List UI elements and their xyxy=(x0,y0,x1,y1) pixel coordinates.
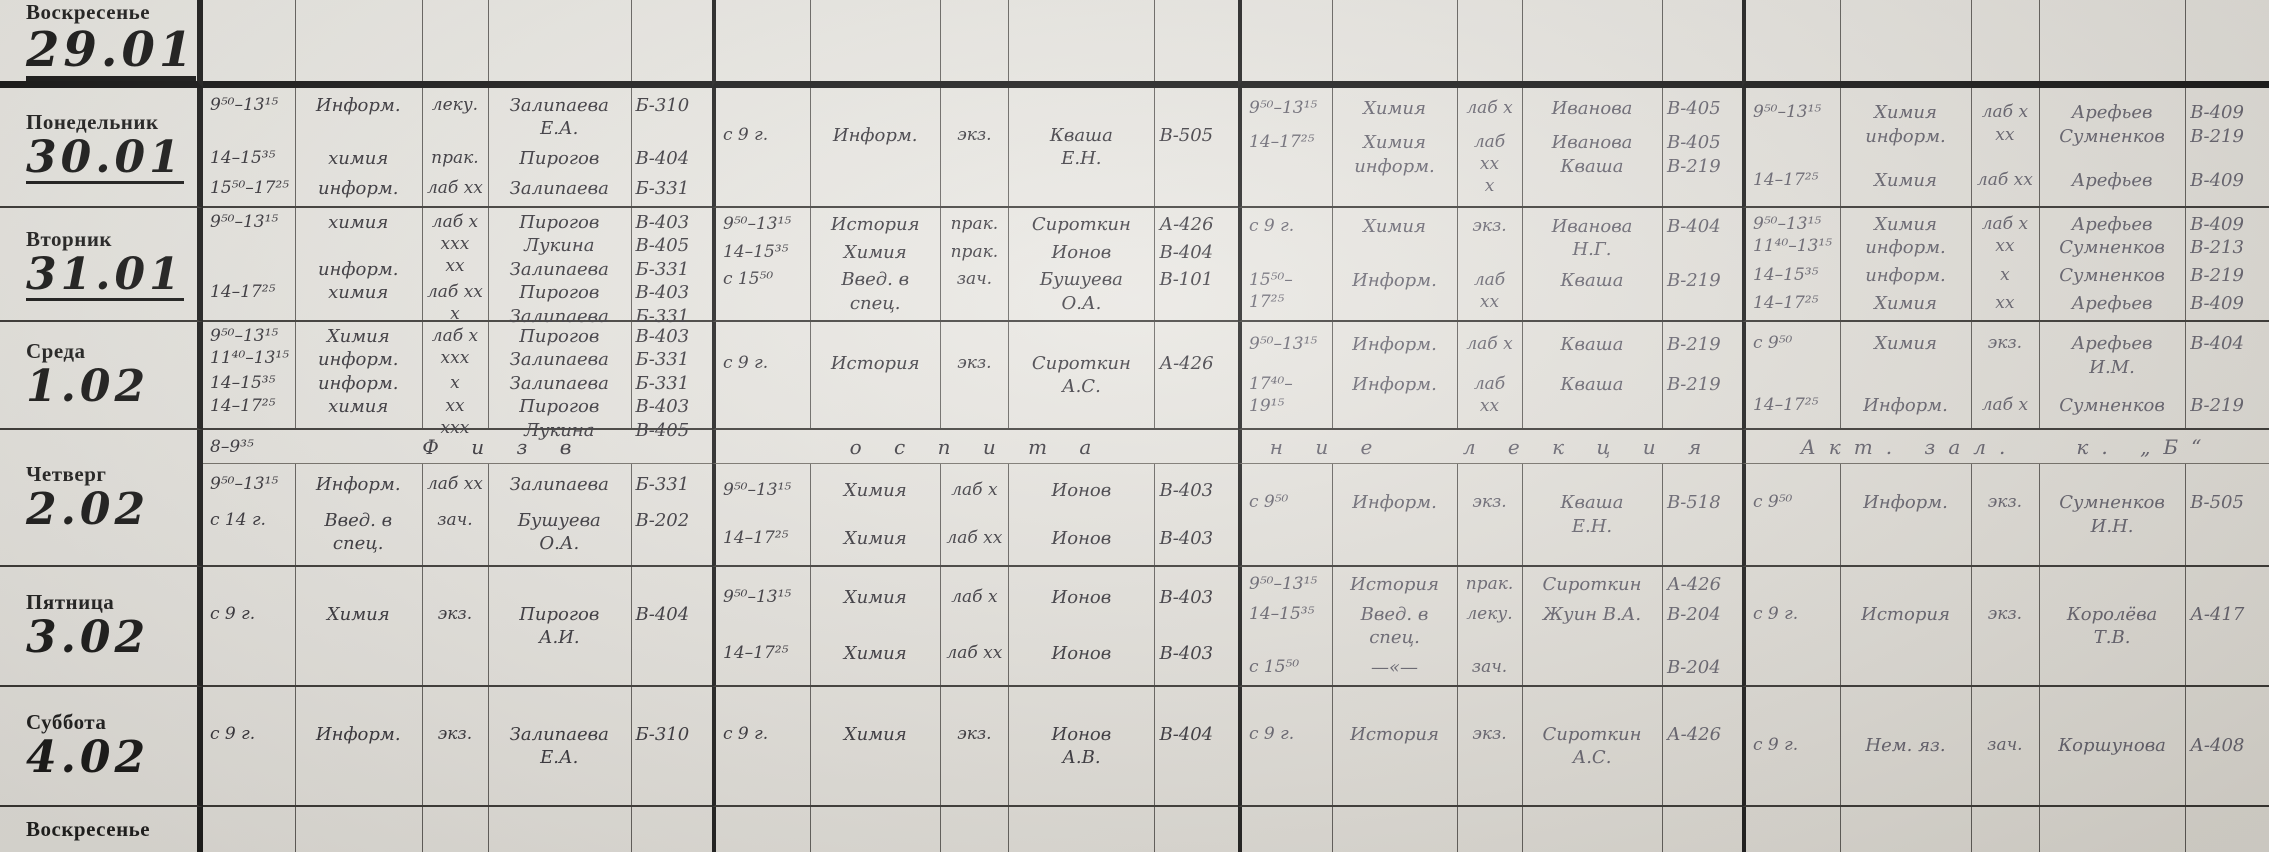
entry-time: 9⁵⁰–13¹⁵ xyxy=(203,473,295,495)
pe-span-text: о с п и т а xyxy=(716,435,1238,459)
day-cell: Среда1.02 xyxy=(0,322,203,430)
entry-type: зач. xyxy=(940,268,1008,290)
entry-room: В-219 xyxy=(2185,264,2269,287)
group-4-cell: с 9 г.Историяэкз.Королёва Т.В.А-417 xyxy=(1742,567,2269,687)
entry-room: В-518 xyxy=(1662,491,1742,514)
entry-subject: Информ. xyxy=(1840,491,1971,514)
entry-time: 9⁵⁰–13¹⁵ xyxy=(1242,573,1332,595)
schedule-entry: с 14 г.Введ. в спец.зач.Бушуева О.А.В-20… xyxy=(203,509,712,556)
group-3-cell: 9⁵⁰–13¹⁵Информ.лаб хКвашаВ-21917⁴⁰–19¹⁵И… xyxy=(1238,322,1742,430)
entry-time: 14–17²⁵ xyxy=(1746,394,1840,416)
schedule-entry: 14–17²⁵Химиялаб ххИоновВ-403 xyxy=(716,642,1238,665)
entry-type: лаб х хх xyxy=(1971,213,2039,257)
entry-time: 14–15³⁵ xyxy=(1746,264,1840,286)
entry-type: экз. xyxy=(1971,603,2039,625)
entry-type: экз. xyxy=(1457,491,1522,513)
entry-room: В-405 В-219 xyxy=(1662,131,1742,178)
entry-teacher: Иванова xyxy=(1522,97,1662,120)
entry-teacher: Пирогов Залипаева xyxy=(488,325,631,372)
entry-time: 9⁵⁰–13¹⁵ xyxy=(716,213,810,235)
entry-room: А-426 xyxy=(1662,573,1742,596)
entry-room: В-505 xyxy=(2185,491,2269,514)
entry-room: В-404 xyxy=(2185,332,2269,355)
schedule-entries: 9⁵⁰–13¹⁵ 11⁴⁰–13¹⁵Химия информ.лаб х ххА… xyxy=(1746,208,2269,320)
entry-time: 14–17²⁵ xyxy=(1746,292,1840,314)
schedule-entry: 14–17²⁵Химиялаб ххАрефьевВ-409 xyxy=(1746,169,2269,192)
schedule-entries xyxy=(203,807,712,852)
day-cell: Суббота4.02 xyxy=(0,687,203,807)
group-1-cell: 9⁵⁰–13¹⁵Информ.лаб ххЗалипаеваБ-331с 14 … xyxy=(203,464,712,567)
entry-subject: Информ. xyxy=(1332,373,1457,396)
entry-teacher: Кваша xyxy=(1522,269,1662,292)
entry-teacher: Арефьев И.М. xyxy=(2039,332,2185,379)
entry-type: зач. xyxy=(1971,734,2039,756)
entry-type: лаб х xyxy=(940,479,1008,501)
entry-subject: Информ. xyxy=(295,473,422,496)
entry-subject: Химия информ. xyxy=(295,325,422,372)
schedule-entries: 9⁵⁰–13¹⁵Химиялаб хИоновВ-40314–17²⁵Химия… xyxy=(716,567,1238,685)
day-cell: Четверг2.02 xyxy=(0,430,203,567)
schedule-entries: с 9 г.Химияэкз.Ионов А.В.В-404 xyxy=(716,687,1238,805)
entry-subject: информ. xyxy=(295,177,422,200)
entry-room: В-409 В-213 xyxy=(2185,213,2269,260)
entry-teacher: Сироткин xyxy=(1008,213,1154,236)
entry-type: лаб х xyxy=(1971,394,2039,416)
entry-type: лаб хх х xyxy=(422,281,488,325)
entry-time: 14–17²⁵ xyxy=(716,527,810,549)
entry-subject: История xyxy=(810,213,941,236)
group-2-cell: с 9 г.Историяэкз.Сироткин А.С.А-426 xyxy=(712,322,1238,430)
schedule-entry: 9⁵⁰–13¹⁵Информ.лаб хКвашаВ-219 xyxy=(1242,333,1742,356)
entry-subject: химия xyxy=(295,147,422,170)
schedule-entry: 9⁵⁰–13¹⁵Историяпрак.СироткинА-426 xyxy=(716,213,1238,236)
schedule-entry: 14–15³⁵информ.хЗалипаеваБ-331 xyxy=(203,372,712,395)
entry-time: 9⁵⁰–13¹⁵ xyxy=(203,211,295,233)
entry-subject: История xyxy=(810,352,941,375)
entry-type: лаб хх xyxy=(1457,269,1522,313)
entry-time: с 9 г. xyxy=(716,352,810,374)
schedule-entry: с 9 г.Нем. яз.зач.КоршуноваА-408 xyxy=(1746,734,2269,757)
day-cell: Понедельник30.01 xyxy=(0,88,203,208)
entry-time: 14–15³⁵ xyxy=(1242,603,1332,625)
schedule-entry: с 9 г.Информ.экз.Залипаева Е.А.Б-310 xyxy=(203,723,712,770)
entry-type: лаб хх х xyxy=(1457,131,1522,197)
entry-room: Б-310 xyxy=(631,723,712,746)
entry-subject: Химия xyxy=(295,603,422,626)
schedule-entries xyxy=(1242,807,1742,852)
entry-room: В-403 xyxy=(1154,479,1238,502)
schedule-entries xyxy=(1746,0,2269,81)
entry-time: с 9 г. xyxy=(1746,603,1840,625)
entry-time: с 9⁵⁰ xyxy=(1746,491,1840,513)
entry-teacher: Кваша xyxy=(1522,373,1662,396)
entry-type: леку. xyxy=(1457,603,1522,625)
entry-subject: Химия xyxy=(1840,292,1971,315)
entry-room: В-404 xyxy=(631,147,712,170)
entry-room: В-403 xyxy=(1154,527,1238,550)
entry-subject: История xyxy=(1332,573,1457,596)
entry-time: с 15⁵⁰ xyxy=(716,268,810,290)
entry-room: Б-331 xyxy=(631,372,712,395)
entry-time: 9⁵⁰–13¹⁵ 11⁴⁰–13¹⁵ xyxy=(1746,213,1840,257)
entry-subject: —«— xyxy=(1332,656,1457,679)
schedule-entry: 17⁴⁰–19¹⁵Информ.лаб ххКвашаВ-219 xyxy=(1242,373,1742,417)
entry-teacher: Залипаева xyxy=(488,372,631,395)
entry-subject: Информ. xyxy=(1332,491,1457,514)
entry-type: лаб х ххх xyxy=(422,325,488,369)
entry-type: лаб хх xyxy=(1971,169,2039,191)
schedule-entries xyxy=(203,0,712,81)
entry-room: В-219 xyxy=(2185,394,2269,417)
schedule-entry: 14–15³⁵информ.хСумненковВ-219 xyxy=(1746,264,2269,287)
schedule-entry: 14–17²⁵химиялаб хх хПирогов ЗалипаеваВ-4… xyxy=(203,281,712,328)
group-4-cell: 9⁵⁰–13¹⁵ 11⁴⁰–13¹⁵Химия информ.лаб х ххА… xyxy=(1742,208,2269,322)
entry-subject: химия xyxy=(295,395,422,418)
entry-teacher: Кваша xyxy=(1522,333,1662,356)
entry-type: хх xyxy=(1971,292,2039,314)
group-2-cell: с 9 г.Химияэкз.Ионов А.В.В-404 xyxy=(712,687,1238,807)
entry-type: лаб х ххх хх xyxy=(422,211,488,277)
schedule-entries xyxy=(716,807,1238,852)
schedule-entries: с 9 г.Информ.экз.Залипаева Е.А.Б-310 xyxy=(203,687,712,805)
entry-teacher: Кваша Е.Н. xyxy=(1522,491,1662,538)
entry-teacher: Жуин В.А. xyxy=(1522,603,1662,626)
entry-time: 14–17²⁵ xyxy=(203,281,295,303)
entry-type: х xyxy=(422,372,488,394)
entry-teacher: Арефьев xyxy=(2039,292,2185,315)
entry-time: 9⁵⁰–13¹⁵ xyxy=(1242,97,1332,119)
entry-time: 15⁵⁰–17²⁵ xyxy=(203,177,295,199)
schedule-entries: с 9⁵⁰Химияэкз.Арефьев И.М.В-40414–17²⁵Ин… xyxy=(1746,322,2269,428)
entry-type: экз. xyxy=(1457,723,1522,745)
group-1-cell: с 9 г.Химияэкз.Пирогов А.И.В-404 xyxy=(203,567,712,687)
day-date: 4.02 xyxy=(26,735,149,781)
schedule-entry: 15⁵⁰–17²⁵информ.лаб ххЗалипаеваБ-331 xyxy=(203,177,712,200)
entry-teacher: Залипаева xyxy=(488,177,631,200)
entry-room: В-409 В-219 xyxy=(2185,101,2269,148)
schedule-entry: 9⁵⁰–13¹⁵Химия информ.лаб х ххАрефьев Сум… xyxy=(1746,101,2269,148)
day-cell: Пятница3.02 xyxy=(0,567,203,687)
entry-subject: Химия xyxy=(810,479,941,502)
entry-room: В-403 xyxy=(1154,642,1238,665)
group-1-cell: с 9 г.Информ.экз.Залипаева Е.А.Б-310 xyxy=(203,687,712,807)
entry-type: лаб хх xyxy=(422,473,488,495)
entry-room: В-409 xyxy=(2185,292,2269,315)
entry-type: экз. xyxy=(422,603,488,625)
entry-type: лаб х xyxy=(1457,97,1522,119)
entry-teacher: Пирогов А.И. xyxy=(488,603,631,650)
entry-teacher: Ионов xyxy=(1008,586,1154,609)
entry-room: А-426 xyxy=(1662,723,1742,746)
group-4-cell: с 9⁵⁰Информ.экз.Сумненков И.Н.В-505 xyxy=(1742,464,2269,567)
entry-room: Б-310 xyxy=(631,94,712,117)
entry-subject: Введ. в спец. xyxy=(1332,603,1457,650)
entry-teacher: Бушуева О.А. xyxy=(1008,268,1154,315)
group-4-cell xyxy=(1742,807,2269,852)
entry-teacher: Ионов xyxy=(1008,642,1154,665)
entry-room: В-204 xyxy=(1662,603,1742,626)
day-cell: Вторник31.01 xyxy=(0,208,203,322)
entry-room: В-404 xyxy=(1662,215,1742,238)
entry-time: с 14 г. xyxy=(203,509,295,531)
schedule-entry: 14–17²⁵Химия информ.лаб хх хИванова Кваш… xyxy=(1242,131,1742,197)
group-3-cell: 9⁵⁰–13¹⁵Химиялаб хИвановаВ-40514–17²⁵Хим… xyxy=(1238,88,1742,208)
entry-teacher: Бушуева О.А. xyxy=(488,509,631,556)
entry-teacher: Ионов xyxy=(1008,527,1154,550)
group-1-cell: 9⁵⁰–13¹⁵ 11⁴⁰–13¹⁵Химия информ.лаб х ххх… xyxy=(203,322,712,430)
schedule-entry: с 9 г.Химияэкз.Ионов А.В.В-404 xyxy=(716,723,1238,770)
entry-time: с 9⁵⁰ xyxy=(1746,332,1840,354)
entry-time: с 9⁵⁰ xyxy=(1242,491,1332,513)
entry-subject: Нем. яз. xyxy=(1840,734,1971,757)
schedule-entry: 14–17²⁵Информ.лаб хСумненковВ-219 xyxy=(1746,394,2269,417)
entry-type: прак. xyxy=(422,147,488,169)
entry-type: экз. xyxy=(1971,332,2039,354)
entry-teacher: Ионов А.В. xyxy=(1008,723,1154,770)
schedule-entries: 9⁵⁰–13¹⁵Химия информ.лаб х ххАрефьев Сум… xyxy=(1746,88,2269,206)
schedule-entries: с 9 г.Химияэкз.Иванова Н.Г.В-40415⁵⁰–17²… xyxy=(1242,208,1742,320)
entry-time: 14–15³⁵ xyxy=(203,372,295,394)
pe-span-cell: н и е л е к ц и я xyxy=(1238,430,1742,464)
schedule-entry: 14–17²⁵Химиялаб ххИоновВ-403 xyxy=(716,527,1238,550)
schedule-entry: с 9 г.Историяэкз.Королёва Т.В.А-417 xyxy=(1746,603,2269,650)
entry-time: 14–17²⁵ xyxy=(1242,131,1332,153)
entry-subject: Химия xyxy=(810,241,941,264)
group-2-cell: с 9 г.Информ.экз.Кваша Е.Н.В-505 xyxy=(712,88,1238,208)
entry-type: х xyxy=(1971,264,2039,286)
entry-type: лаб хх xyxy=(1457,373,1522,417)
entry-type: зач. xyxy=(1457,656,1522,678)
schedule-entry: 9⁵⁰–13¹⁵ 11⁴⁰–13¹⁵Химия информ.лаб х ххА… xyxy=(1746,213,2269,260)
entry-room: А-426 xyxy=(1154,213,1238,236)
entry-time: с 9 г. xyxy=(1746,734,1840,756)
group-3-cell: с 9 г.Химияэкз.Иванова Н.Г.В-40415⁵⁰–17²… xyxy=(1238,208,1742,322)
group-4-cell: с 9⁵⁰Химияэкз.Арефьев И.М.В-40414–17²⁵Ин… xyxy=(1742,322,2269,430)
entry-time: с 9 г. xyxy=(203,723,295,745)
entry-room: В-505 xyxy=(1154,124,1238,147)
entry-teacher: Арефьев xyxy=(2039,169,2185,192)
entry-room: В-204 xyxy=(1662,656,1742,679)
day-cell: Воскресенье29.01 xyxy=(0,0,203,88)
entry-teacher: Арефьев Сумненков xyxy=(2039,101,2185,148)
entry-subject: Информ. xyxy=(1332,333,1457,356)
group-4-cell xyxy=(1742,0,2269,88)
entry-type: зач. xyxy=(422,509,488,531)
entry-room: В-403 Б-331 xyxy=(631,325,712,372)
entry-time: 14–17²⁵ xyxy=(716,642,810,664)
entry-teacher: Сироткин А.С. xyxy=(1008,352,1154,399)
schedule-entry: 15⁵⁰–17²⁵Информ.лаб ххКвашаВ-219 xyxy=(1242,269,1742,313)
group-4-cell: 9⁵⁰–13¹⁵Химия информ.лаб х ххАрефьев Сум… xyxy=(1742,88,2269,208)
schedule-entries: 9⁵⁰–13¹⁵Информ.лаб ххЗалипаеваБ-331с 14 … xyxy=(203,464,712,565)
entry-teacher: Сироткин А.С. xyxy=(1522,723,1662,770)
schedule-entries: 9⁵⁰–13¹⁵Информ.лаб хКвашаВ-21917⁴⁰–19¹⁵И… xyxy=(1242,322,1742,428)
entry-time: 14–17²⁵ xyxy=(1746,169,1840,191)
entry-time: 9⁵⁰–13¹⁵ xyxy=(1242,333,1332,355)
schedule-entry: с 9 г.Химияэкз.Иванова Н.Г.В-404 xyxy=(1242,215,1742,262)
schedule-entry: с 15⁵⁰Введ. в спец.зач.Бушуева О.А.В-101 xyxy=(716,268,1238,315)
entry-room: В-403 В-405 Б-331 xyxy=(631,211,712,281)
schedule-entries xyxy=(1746,807,2269,852)
entry-room: В-219 xyxy=(1662,269,1742,292)
entry-teacher: Сумненков И.Н. xyxy=(2039,491,2185,538)
entry-teacher: Залипаева Е.А. xyxy=(488,94,631,141)
group-2-cell: 9⁵⁰–13¹⁵Историяпрак.СироткинА-42614–15³⁵… xyxy=(712,208,1238,322)
entry-subject: Химия информ. xyxy=(1840,213,1971,260)
entry-type: лаб хх xyxy=(940,642,1008,664)
schedule-entry: 9⁵⁰–13¹⁵Химиялаб хИоновВ-403 xyxy=(716,479,1238,502)
entry-teacher: Пирогов Залипаева xyxy=(488,281,631,328)
schedule-entry: с 9 г.Химияэкз.Пирогов А.И.В-404 xyxy=(203,603,712,650)
entry-room: В-404 xyxy=(1154,241,1238,264)
entry-subject: Химия xyxy=(1840,332,1971,355)
group-3-cell: с 9 г.Историяэкз.Сироткин А.С.А-426 xyxy=(1238,687,1742,807)
group-1-cell xyxy=(203,0,712,88)
entry-room: А-408 xyxy=(2185,734,2269,757)
entry-room: В-404 xyxy=(1154,723,1238,746)
group-2-cell xyxy=(712,807,1238,852)
schedule-entries: с 9 г.Историяэкз.Сироткин А.С.А-426 xyxy=(716,322,1238,428)
entry-subject: Химия информ. xyxy=(1332,131,1457,178)
entry-teacher: Сироткин xyxy=(1522,573,1662,596)
entry-time: 14–15³⁵ xyxy=(203,147,295,169)
entry-subject: Химия xyxy=(810,527,941,550)
entry-room: В-219 xyxy=(1662,373,1742,396)
pe-span-cell: Акт. зал. к. „Б“ xyxy=(1742,430,2269,464)
pe-span-time: 8–9³⁵ xyxy=(203,437,295,457)
entry-teacher: Ионов xyxy=(1008,241,1154,264)
entry-time: с 9 г. xyxy=(1242,723,1332,745)
schedule-entries: с 9 г.Информ.экз.Кваша Е.Н.В-505 xyxy=(716,88,1238,206)
schedule-entry: 14–15³⁵Химияпрак.ИоновВ-404 xyxy=(716,241,1238,264)
schedule-entry: 14–15³⁵химияпрак.ПироговВ-404 xyxy=(203,147,712,170)
schedule-entry: 9⁵⁰–13¹⁵Химиялаб хИоновВ-403 xyxy=(716,586,1238,609)
entry-type: экз. xyxy=(940,352,1008,374)
entry-subject: Химия xyxy=(810,642,941,665)
entry-subject: химия xyxy=(295,281,422,304)
schedule-entry: 9⁵⁰–13¹⁵Историяпрак.СироткинА-426 xyxy=(1242,573,1742,596)
group-3-cell xyxy=(1238,0,1742,88)
entry-teacher: Пирогов Лукина Залипаева xyxy=(488,211,631,281)
entry-teacher: Арефьев Сумненков xyxy=(2039,213,2185,260)
day-date: 29.01 xyxy=(26,25,196,80)
entry-type: леку. xyxy=(422,94,488,116)
entry-teacher: Сумненков xyxy=(2039,394,2185,417)
entry-type: лаб х хх xyxy=(1971,101,2039,145)
entry-time: 9⁵⁰–13¹⁵ xyxy=(1746,101,1840,123)
schedule-entries: 9⁵⁰–13¹⁵химия информ.лаб х ххх ххПирогов… xyxy=(203,208,712,320)
entry-teacher: Залипаева xyxy=(488,473,631,496)
group-3-cell: с 9⁵⁰Информ.экз.Кваша Е.Н.В-518 xyxy=(1238,464,1742,567)
entry-time: с 9 г. xyxy=(1242,215,1332,237)
entry-room: В-404 xyxy=(631,603,712,626)
entry-type: экз. xyxy=(422,723,488,745)
schedule-entry: 9⁵⁰–13¹⁵Информ.лаб ххЗалипаеваБ-331 xyxy=(203,473,712,496)
entry-room: В-202 xyxy=(631,509,712,532)
group-3-cell xyxy=(1238,807,1742,852)
group-1-cell xyxy=(203,807,712,852)
entry-teacher: Коршунова xyxy=(2039,734,2185,757)
entry-type: экз. xyxy=(940,124,1008,146)
schedule-entry: с 9⁵⁰Химияэкз.Арефьев И.М.В-404 xyxy=(1746,332,2269,379)
day-date: 2.02 xyxy=(26,487,149,533)
schedule-entry: 14–15³⁵Введ. в спец.леку.Жуин В.А.В-204 xyxy=(1242,603,1742,650)
schedule-entries: 9⁵⁰–13¹⁵ 11⁴⁰–13¹⁵Химия информ.лаб х ххх… xyxy=(203,322,712,428)
entry-time: 9⁵⁰–13¹⁵ 11⁴⁰–13¹⁵ xyxy=(203,325,295,369)
entry-subject: Химия xyxy=(1332,97,1457,120)
entry-type: лаб хх xyxy=(422,177,488,199)
entry-time: 9⁵⁰–13¹⁵ xyxy=(716,586,810,608)
entry-type: экз. xyxy=(1457,215,1522,237)
schedule-entry: 9⁵⁰–13¹⁵Химиялаб хИвановаВ-405 xyxy=(1242,97,1742,120)
entry-room: В-409 xyxy=(2185,169,2269,192)
schedule-entries: с 9 г.Историяэкз.Королёва Т.В.А-417 xyxy=(1746,567,2269,685)
pe-span-text: Акт. зал. к. „Б“ xyxy=(1746,435,2269,459)
entry-room: А-417 xyxy=(2185,603,2269,626)
pe-span-cell: о с п и т а xyxy=(712,430,1238,464)
schedule-entries: с 9 г.Химияэкз.Пирогов А.И.В-404 xyxy=(203,567,712,685)
group-2-cell xyxy=(712,0,1238,88)
entry-subject: Информ. xyxy=(295,723,422,746)
entry-time: с 9 г. xyxy=(716,124,810,146)
entry-subject: Химия xyxy=(810,723,941,746)
pe-span-text: н и е л е к ц и я xyxy=(1242,435,1742,459)
entry-subject: информ. xyxy=(295,372,422,395)
entry-subject: Информ. xyxy=(810,124,941,147)
schedule-entry: 9⁵⁰–13¹⁵химия информ.лаб х ххх ххПирогов… xyxy=(203,211,712,281)
entry-subject: Химия информ. xyxy=(1840,101,1971,148)
entry-type: прак. xyxy=(1457,573,1522,595)
schedule-entry: с 9⁵⁰Информ.экз.Сумненков И.Н.В-505 xyxy=(1746,491,2269,538)
group-2-cell: 9⁵⁰–13¹⁵Химиялаб хИоновВ-40314–17²⁵Химия… xyxy=(712,567,1238,687)
entry-type: прак. xyxy=(940,241,1008,263)
entry-teacher: Сумненков xyxy=(2039,264,2185,287)
entry-type: лаб х xyxy=(1457,333,1522,355)
schedule-entry: с 15⁵⁰—«—зач.В-204 xyxy=(1242,656,1742,679)
entry-room: Б-331 xyxy=(631,177,712,200)
entry-time: с 9 г. xyxy=(203,603,295,625)
day-cell: Воскресенье xyxy=(0,807,203,852)
entry-time: с 9 г. xyxy=(716,723,810,745)
entry-room: В-219 xyxy=(1662,333,1742,356)
entry-teacher: Иванова Кваша xyxy=(1522,131,1662,178)
entry-time: 14–15³⁵ xyxy=(716,241,810,263)
schedule-entries: 9⁵⁰–13¹⁵Историяпрак.СироткинА-42614–15³⁵… xyxy=(716,208,1238,320)
schedule-entries: 9⁵⁰–13¹⁵Химиялаб хИоновВ-40314–17²⁵Химия… xyxy=(716,464,1238,565)
entry-subject: Введ. в спец. xyxy=(810,268,941,315)
entry-type: лаб хх xyxy=(940,527,1008,549)
entry-time: 9⁵⁰–13¹⁵ xyxy=(716,479,810,501)
entry-type: экз. xyxy=(940,723,1008,745)
entry-room: В-403 Б-331 xyxy=(631,281,712,328)
entry-subject: Химия xyxy=(810,586,941,609)
schedule-entries: 9⁵⁰–13¹⁵Химиялаб хИвановаВ-40514–17²⁵Хим… xyxy=(1242,88,1742,206)
entry-teacher: Ионов xyxy=(1008,479,1154,502)
schedule-entries: с 9 г.Нем. яз.зач.КоршуноваА-408 xyxy=(1746,687,2269,805)
entry-time: с 15⁵⁰ xyxy=(1242,656,1332,678)
entry-type: экз. xyxy=(1971,491,2039,513)
entry-teacher: Королёва Т.В. xyxy=(2039,603,2185,650)
entry-type: прак. xyxy=(940,213,1008,235)
day-name: Воскресенье xyxy=(26,817,197,842)
entry-time: 14–17²⁵ xyxy=(203,395,295,417)
schedule-entries: с 9⁵⁰Информ.экз.Кваша Е.Н.В-518 xyxy=(1242,464,1742,565)
day-date: 31.01 xyxy=(26,252,184,301)
schedule-entries: 9⁵⁰–13¹⁵Историяпрак.СироткинА-42614–15³⁵… xyxy=(1242,567,1742,685)
schedule-entry: с 9⁵⁰Информ.экз.Кваша Е.Н.В-518 xyxy=(1242,491,1742,538)
entry-subject: Химия xyxy=(1840,169,1971,192)
entry-room: Б-331 xyxy=(631,473,712,496)
